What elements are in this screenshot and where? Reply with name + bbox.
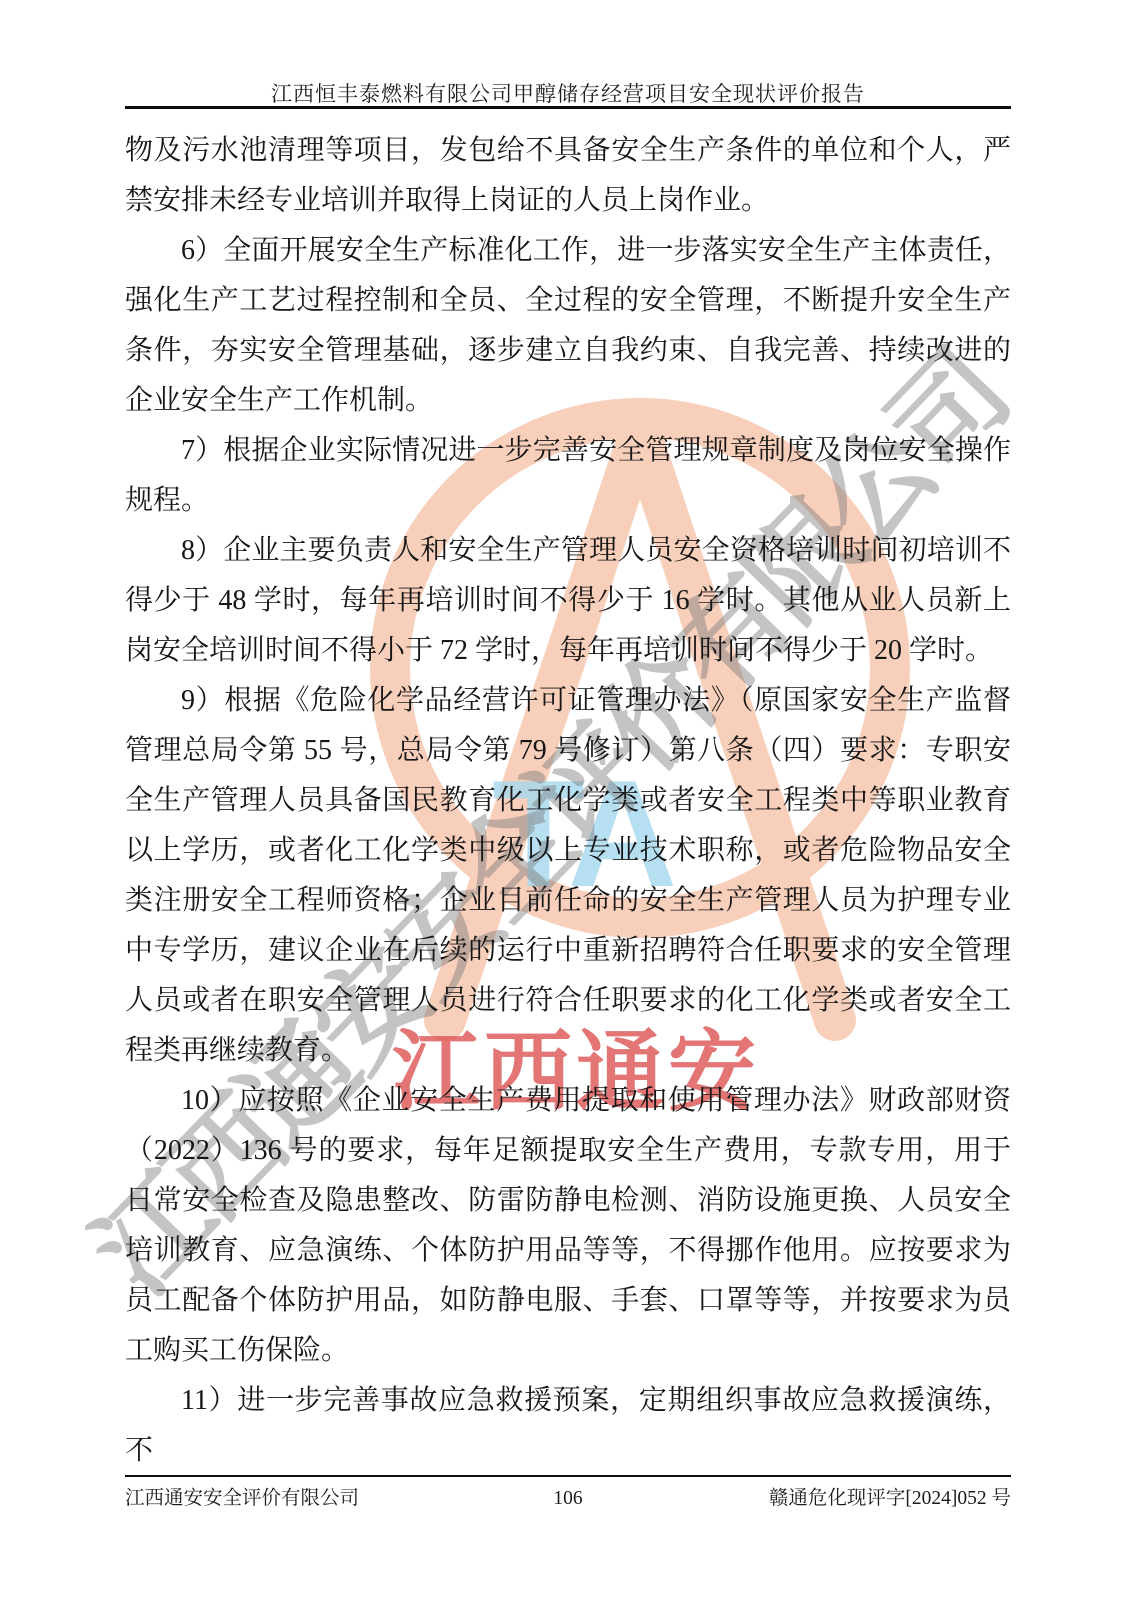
header-rule bbox=[125, 106, 1011, 109]
body-paragraph: 物及污水池清理等项目，发包给不具备安全生产条件的单位和个人，严禁安排未经专业培训… bbox=[125, 126, 1011, 226]
footer-company-name: 江西通安安全评价有限公司 bbox=[125, 1482, 420, 1510]
body-paragraph: 8）企业主要负责人和安全生产管理人员安全资格培训时间初培训不得少于 48 学时，… bbox=[125, 526, 1011, 676]
page-footer: 江西通安安全评价有限公司 106 赣通危化现评字[2024]052 号 bbox=[125, 1482, 1011, 1510]
page-header-title: 江西恒丰泰燃料有限公司甲醇储存经营项目安全现状评价报告 bbox=[125, 78, 1011, 108]
footer-document-number: 赣通危化现评字[2024]052 号 bbox=[716, 1482, 1011, 1510]
body-paragraph: 7）根据企业实际情况进一步完善安全管理规章制度及岗位安全操作规程。 bbox=[125, 426, 1011, 526]
footer-page-number: 106 bbox=[420, 1488, 715, 1510]
body-content: 物及污水池清理等项目，发包给不具备安全生产条件的单位和个人，严禁安排未经专业培训… bbox=[125, 126, 1011, 1476]
body-paragraph: 9）根据《危险化学品经营许可证管理办法》（原国家安全生产监督管理总局令第 55 … bbox=[125, 676, 1011, 1076]
report-page: TA 江西通安 江西通安安全评价有限公司 江西恒丰泰燃料有限公司甲醇储存经营项目… bbox=[0, 0, 1131, 1600]
body-paragraph: 10）应按照《企业安全生产费用提取和使用管理办法》财政部财资（2022）136 … bbox=[125, 1076, 1011, 1376]
body-paragraph: 11）进一步完善事故应急救援预案，定期组织事故应急救援演练，不 bbox=[125, 1376, 1011, 1476]
body-paragraph: 6）全面开展安全生产标准化工作，进一步落实安全生产主体责任，强化生产工艺过程控制… bbox=[125, 226, 1011, 426]
